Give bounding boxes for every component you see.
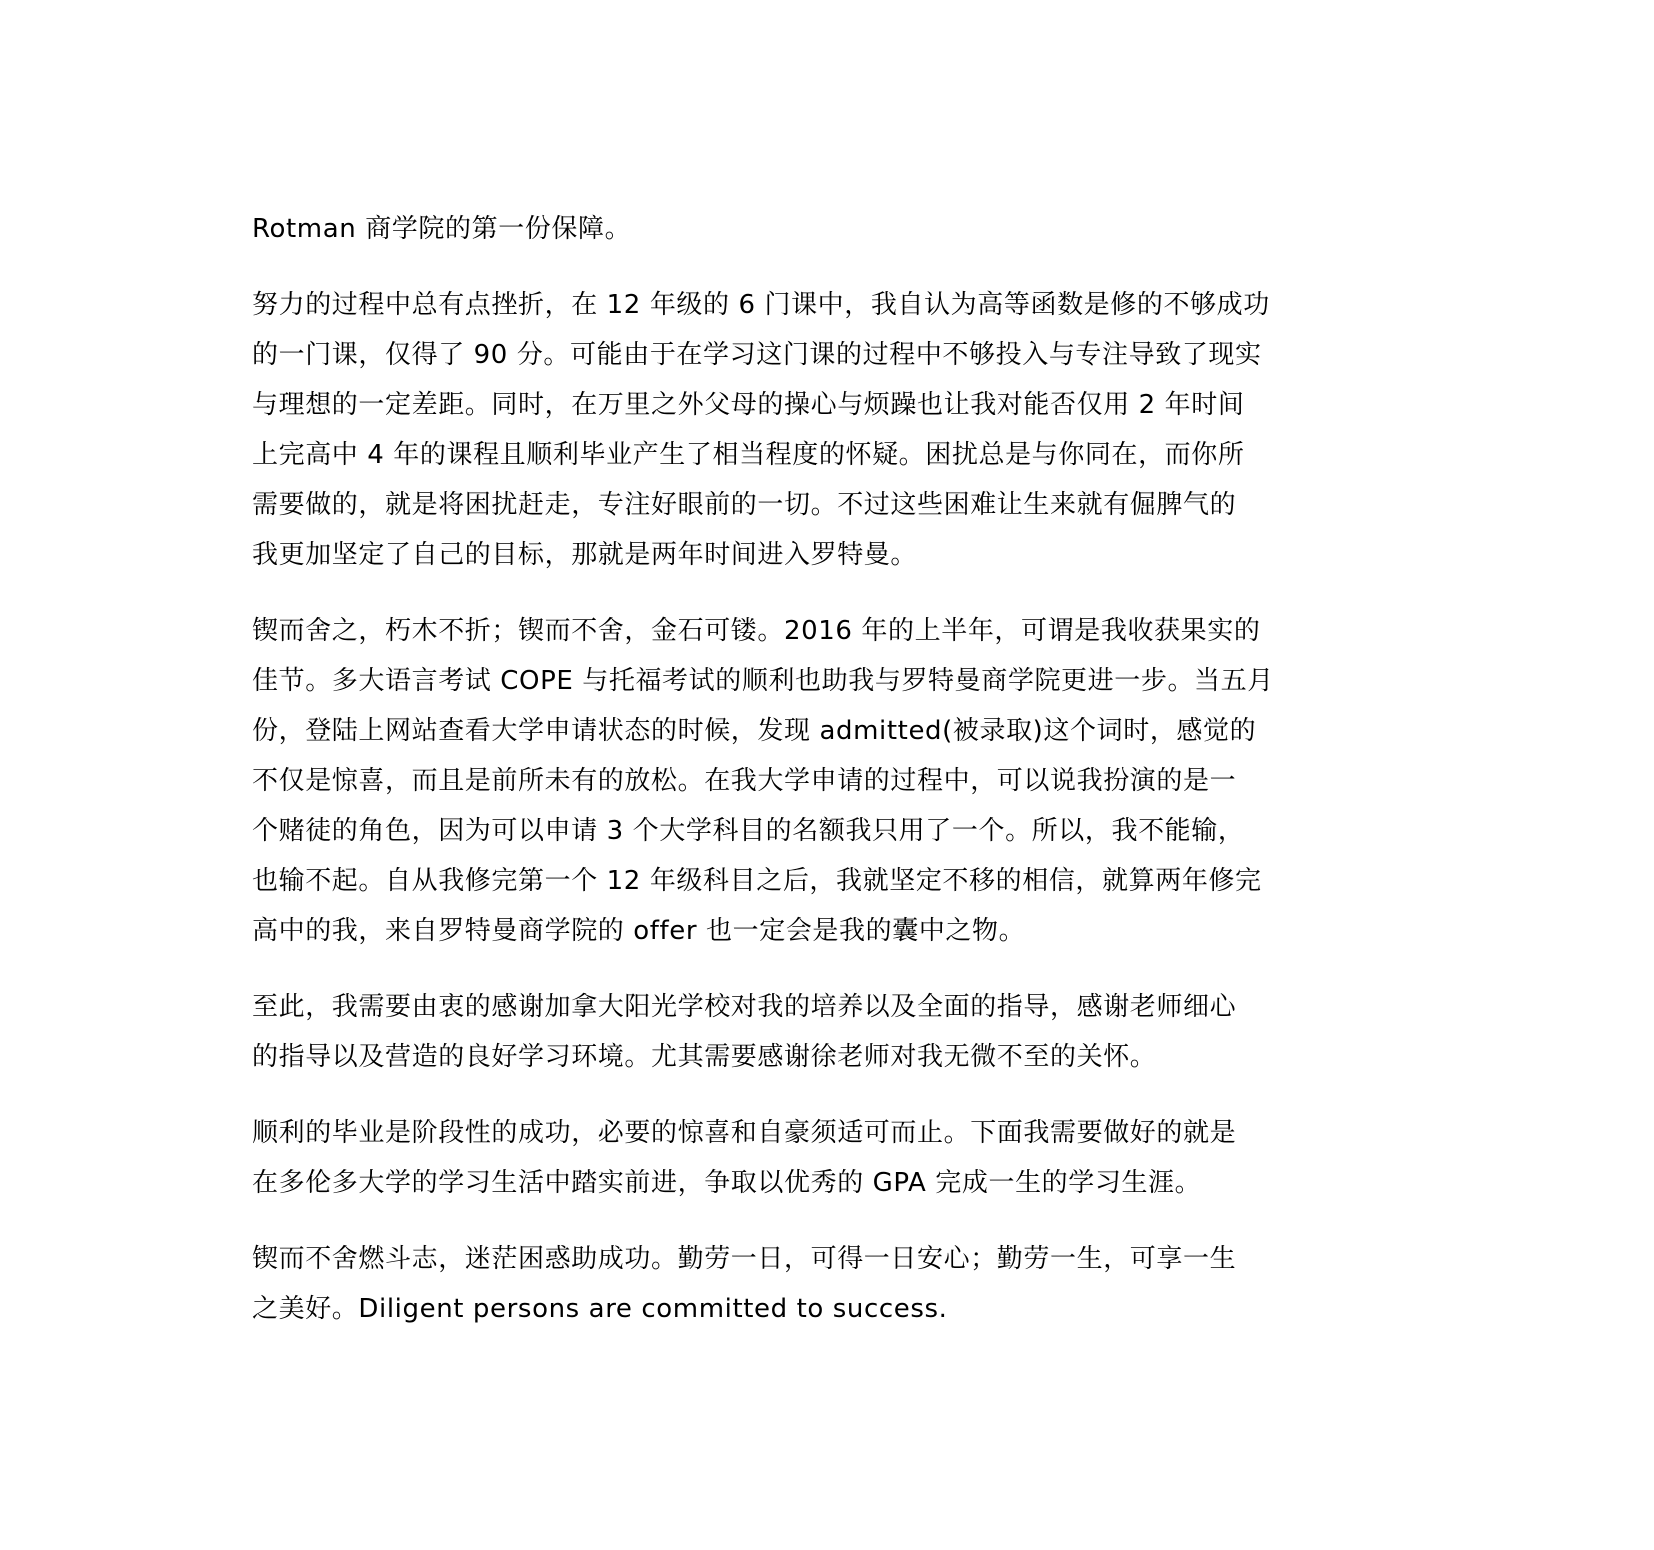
text-line: 之美好。Diligent persons are committed to su… bbox=[252, 1284, 1412, 1334]
text-line: 至此，我需要由衷的感谢加拿大阳光学校对我的培养以及全面的指导，感谢老师细心 bbox=[252, 982, 1412, 1032]
text-line: 份，登陆上网站查看大学申请状态的时候，发现 admitted(被录取)这个词时，… bbox=[252, 706, 1412, 756]
paragraph-thanks: 至此，我需要由衷的感谢加拿大阳光学校对我的培养以及全面的指导，感谢老师细心 的指… bbox=[252, 982, 1412, 1082]
text-line: 顺利的毕业是阶段性的成功，必要的惊喜和自豪须适可而止。下面我需要做好的就是 bbox=[252, 1108, 1412, 1158]
text-line: 的指导以及营造的良好学习环境。尤其需要感谢徐老师对我无微不至的关怀。 bbox=[252, 1032, 1412, 1082]
text-line: 与理想的一定差距。同时，在万里之外父母的操心与烦躁也让我对能否仅用 2 年时间 bbox=[252, 380, 1412, 430]
text-line: 佳节。多大语言考试 COPE 与托福考试的顺利也助我与罗特曼商学院更进一步。当五… bbox=[252, 656, 1412, 706]
text-line: 的一门课，仅得了 90 分。可能由于在学习这门课的过程中不够投入与专注导致了现实 bbox=[252, 330, 1412, 380]
paragraph-next-steps: 顺利的毕业是阶段性的成功，必要的惊喜和自豪须适可而止。下面我需要做好的就是 在多… bbox=[252, 1108, 1412, 1208]
paragraph-rotman-guarantee: Rotman 商学院的第一份保障。 bbox=[252, 204, 1412, 254]
paragraph-admission: 锲而舍之，朽木不折；锲而不舍，金石可镂。2016 年的上半年，可谓是我收获果实的… bbox=[252, 606, 1412, 956]
text-line: 努力的过程中总有点挫折，在 12 年级的 6 门课中，我自认为高等函数是修的不够… bbox=[252, 280, 1412, 330]
paragraph-closing-motto: 锲而不舍燃斗志，迷茫困惑助成功。勤劳一日，可得一日安心；勤劳一生，可享一生 之美… bbox=[252, 1234, 1412, 1334]
text-line: 个赌徒的角色，因为可以申请 3 个大学科目的名额我只用了一个。所以，我不能输， bbox=[252, 806, 1412, 856]
text-line: 也输不起。自从我修完第一个 12 年级科目之后，我就坚定不移的相信，就算两年修完 bbox=[252, 856, 1412, 906]
text-line: 在多伦多大学的学习生活中踏实前进，争取以优秀的 GPA 完成一生的学习生涯。 bbox=[252, 1158, 1412, 1208]
document-body: Rotman 商学院的第一份保障。 努力的过程中总有点挫折，在 12 年级的 6… bbox=[252, 204, 1412, 1334]
text-line: 锲而不舍燃斗志，迷茫困惑助成功。勤劳一日，可得一日安心；勤劳一生，可享一生 bbox=[252, 1234, 1412, 1284]
text-line: 我更加坚定了自己的目标，那就是两年时间进入罗特曼。 bbox=[252, 530, 1412, 580]
text-line: 锲而舍之，朽木不折；锲而不舍，金石可镂。2016 年的上半年，可谓是我收获果实的 bbox=[252, 606, 1412, 656]
text-line: 上完高中 4 年的课程且顺利毕业产生了相当程度的怀疑。困扰总是与你同在，而你所 bbox=[252, 430, 1412, 480]
text-line: 高中的我，来自罗特曼商学院的 offer 也一定会是我的囊中之物。 bbox=[252, 906, 1412, 956]
document-page: Rotman 商学院的第一份保障。 努力的过程中总有点挫折，在 12 年级的 6… bbox=[0, 0, 1654, 1550]
text-line: 需要做的，就是将困扰赶走，专注好眼前的一切。不过这些困难让生来就有倔脾气的 bbox=[252, 480, 1412, 530]
text-line: Rotman 商学院的第一份保障。 bbox=[252, 204, 1412, 254]
paragraph-setbacks: 努力的过程中总有点挫折，在 12 年级的 6 门课中，我自认为高等函数是修的不够… bbox=[252, 280, 1412, 580]
text-line: 不仅是惊喜，而且是前所未有的放松。在我大学申请的过程中，可以说我扮演的是一 bbox=[252, 756, 1412, 806]
